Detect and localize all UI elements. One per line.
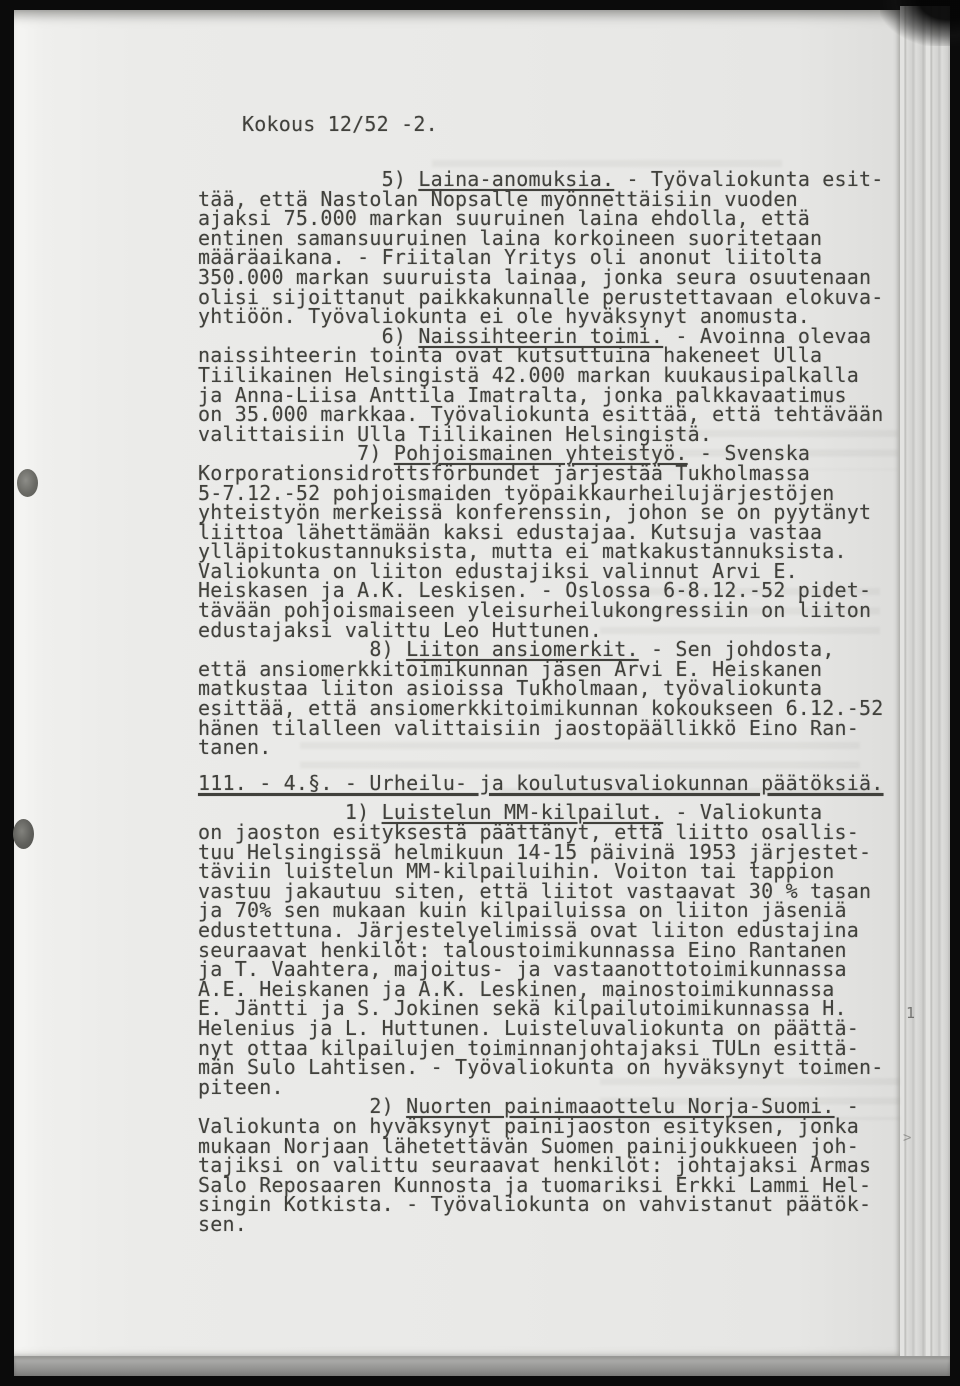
section-heading: 111. - 4.§. - Urheilu- ja koulutusvaliok…	[198, 774, 884, 794]
text-line: män Sulo Lahtisen. - Työvaliokunta on hy…	[198, 1058, 884, 1078]
paragraph: 1) Luistelun MM-kilpailut. - Valiokuntao…	[198, 803, 884, 1234]
scan-shadow-top-right	[880, 0, 960, 46]
text-line: tanen.	[198, 738, 884, 758]
text-line: sen.	[198, 1215, 884, 1235]
punch-hole-top	[17, 469, 38, 497]
text-line: 111. - 4.§. - Urheilu- ja koulutusvaliok…	[198, 774, 884, 794]
text-line: singin Kotkista. - Työvaliokunta on vahv…	[198, 1195, 884, 1215]
page-stack-bottom-edge	[14, 1356, 950, 1376]
punch-hole-bottom	[13, 819, 34, 849]
margin-mark-2: >	[903, 1131, 911, 1146]
scanned-document-page: Kokous 12/52 -2. 5) Laina-anomuksia. - T…	[0, 0, 960, 1386]
paragraph: 5) Laina-anomuksia. - Työvaliokunta esit…	[198, 170, 884, 758]
page-header: Kokous 12/52 -2.	[242, 113, 438, 135]
page-stack-edge	[900, 6, 950, 1370]
document-body: 5) Laina-anomuksia. - Työvaliokunta esit…	[198, 170, 884, 1234]
margin-mark-1: 1	[906, 1006, 915, 1021]
text-line: hänen tilalleen valittaisiin jaostopääll…	[198, 719, 884, 739]
